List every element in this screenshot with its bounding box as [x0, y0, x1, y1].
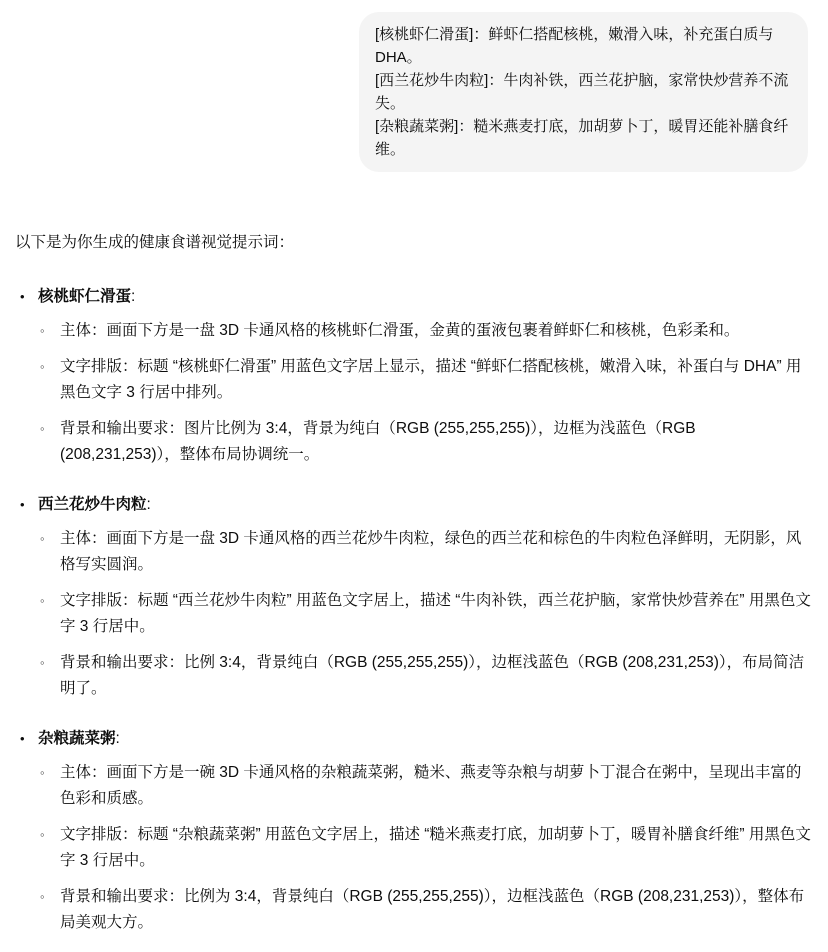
- recipe-title-colon: :: [147, 496, 151, 513]
- recipe-item: • 核桃虾仁滑蛋: ◦ 主体：画面下方是一盘 3D 卡通风格的核桃虾仁滑蛋，金黄…: [15, 284, 814, 468]
- recipe-title: 核桃虾仁滑蛋: [38, 288, 131, 305]
- detail-text: 文字排版：标题 “杂粮蔬菜粥” 用蓝色文字居上，描述 “糙米燕麦打底，加胡萝卜丁…: [60, 822, 814, 874]
- recipe-title-colon: :: [116, 730, 120, 747]
- recipe-detail-list: ◦ 主体：画面下方是一盘 3D 卡通风格的核桃虾仁滑蛋，金黄的蛋液包裹着鲜虾仁和…: [38, 318, 814, 468]
- recipe-list: • 核桃虾仁滑蛋: ◦ 主体：画面下方是一盘 3D 卡通风格的核桃虾仁滑蛋，金黄…: [15, 284, 814, 936]
- circle-bullet-icon: ◦: [40, 416, 60, 468]
- detail-item: ◦ 背景和输出要求：比例为 3:4，背景纯白（RGB (255,255,255)…: [38, 884, 814, 936]
- recipe-title-colon: :: [131, 288, 135, 305]
- detail-item: ◦ 主体：画面下方是一盘 3D 卡通风格的核桃虾仁滑蛋，金黄的蛋液包裹着鲜虾仁和…: [38, 318, 814, 344]
- detail-text: 背景和输出要求：比例为 3:4，背景纯白（RGB (255,255,255)），…: [60, 884, 814, 936]
- detail-text: 主体：画面下方是一碗 3D 卡通风格的杂粮蔬菜粥，糙米、燕麦等杂粮与胡萝卜丁混合…: [60, 760, 814, 812]
- recipe-title: 杂粮蔬菜粥: [38, 730, 116, 747]
- detail-text: 主体：画面下方是一盘 3D 卡通风格的西兰花炒牛肉粒，绿色的西兰花和棕色的牛肉粒…: [60, 526, 814, 578]
- recipe-item: • 杂粮蔬菜粥: ◦ 主体：画面下方是一碗 3D 卡通风格的杂粮蔬菜粥，糙米、燕…: [15, 726, 814, 936]
- user-bubble: [核桃虾仁滑蛋]：鲜虾仁搭配核桃，嫩滑入味，补充蛋白质与 DHA。 [西兰花炒牛…: [359, 12, 808, 172]
- disc-bullet-icon: •: [20, 284, 38, 468]
- detail-item: ◦ 背景和输出要求：比例 3:4，背景纯白（RGB (255,255,255)）…: [38, 650, 814, 702]
- circle-bullet-icon: ◦: [40, 884, 60, 936]
- recipe-item: • 西兰花炒牛肉粒: ◦ 主体：画面下方是一盘 3D 卡通风格的西兰花炒牛肉粒，…: [15, 492, 814, 702]
- detail-text: 背景和输出要求：图片比例为 3:4，背景为纯白（RGB (255,255,255…: [60, 416, 814, 468]
- recipe-body: 西兰花炒牛肉粒: ◦ 主体：画面下方是一盘 3D 卡通风格的西兰花炒牛肉粒，绿色…: [38, 492, 814, 702]
- user-message-row: [核桃虾仁滑蛋]：鲜虾仁搭配核桃，嫩滑入味，补充蛋白质与 DHA。 [西兰花炒牛…: [0, 12, 828, 172]
- recipe-body: 杂粮蔬菜粥: ◦ 主体：画面下方是一碗 3D 卡通风格的杂粮蔬菜粥，糙米、燕麦等…: [38, 726, 814, 936]
- circle-bullet-icon: ◦: [40, 760, 60, 812]
- detail-item: ◦ 文字排版：标题 “西兰花炒牛肉粒” 用蓝色文字居上，描述 “牛肉补铁，西兰花…: [38, 588, 814, 640]
- user-message-text: [核桃虾仁滑蛋]：鲜虾仁搭配核桃，嫩滑入味，补充蛋白质与 DHA。 [西兰花炒牛…: [375, 23, 792, 161]
- detail-item: ◦ 文字排版：标题 “杂粮蔬菜粥” 用蓝色文字居上，描述 “糙米燕麦打底，加胡萝…: [38, 822, 814, 874]
- recipe-detail-list: ◦ 主体：画面下方是一碗 3D 卡通风格的杂粮蔬菜粥，糙米、燕麦等杂粮与胡萝卜丁…: [38, 760, 814, 936]
- assistant-message: 以下是为你生成的健康食谱视觉提示词： • 核桃虾仁滑蛋: ◦ 主体：画面下方是一…: [0, 230, 828, 936]
- recipe-detail-list: ◦ 主体：画面下方是一盘 3D 卡通风格的西兰花炒牛肉粒，绿色的西兰花和棕色的牛…: [38, 526, 814, 702]
- detail-item: ◦ 文字排版：标题 “核桃虾仁滑蛋” 用蓝色文字居上显示，描述 “鲜虾仁搭配核桃…: [38, 354, 814, 406]
- detail-text: 文字排版：标题 “西兰花炒牛肉粒” 用蓝色文字居上，描述 “牛肉补铁，西兰花护脑…: [60, 588, 814, 640]
- disc-bullet-icon: •: [20, 492, 38, 702]
- circle-bullet-icon: ◦: [40, 650, 60, 702]
- detail-text: 背景和输出要求：比例 3:4，背景纯白（RGB (255,255,255)），边…: [60, 650, 814, 702]
- disc-bullet-icon: •: [20, 726, 38, 936]
- circle-bullet-icon: ◦: [40, 588, 60, 640]
- assistant-intro: 以下是为你生成的健康食谱视觉提示词：: [15, 230, 814, 256]
- detail-item: ◦ 主体：画面下方是一碗 3D 卡通风格的杂粮蔬菜粥，糙米、燕麦等杂粮与胡萝卜丁…: [38, 760, 814, 812]
- circle-bullet-icon: ◦: [40, 354, 60, 406]
- recipe-body: 核桃虾仁滑蛋: ◦ 主体：画面下方是一盘 3D 卡通风格的核桃虾仁滑蛋，金黄的蛋…: [38, 284, 814, 468]
- detail-text: 文字排版：标题 “核桃虾仁滑蛋” 用蓝色文字居上显示，描述 “鲜虾仁搭配核桃，嫩…: [60, 354, 814, 406]
- recipe-title-row: 核桃虾仁滑蛋:: [38, 284, 814, 310]
- circle-bullet-icon: ◦: [40, 318, 60, 344]
- detail-item: ◦ 背景和输出要求：图片比例为 3:4，背景为纯白（RGB (255,255,2…: [38, 416, 814, 468]
- circle-bullet-icon: ◦: [40, 526, 60, 578]
- recipe-title: 西兰花炒牛肉粒: [38, 496, 147, 513]
- circle-bullet-icon: ◦: [40, 822, 60, 874]
- recipe-title-row: 杂粮蔬菜粥:: [38, 726, 814, 752]
- detail-item: ◦ 主体：画面下方是一盘 3D 卡通风格的西兰花炒牛肉粒，绿色的西兰花和棕色的牛…: [38, 526, 814, 578]
- detail-text: 主体：画面下方是一盘 3D 卡通风格的核桃虾仁滑蛋，金黄的蛋液包裹着鲜虾仁和核桃…: [60, 318, 814, 344]
- recipe-title-row: 西兰花炒牛肉粒:: [38, 492, 814, 518]
- chat-page: [核桃虾仁滑蛋]：鲜虾仁搭配核桃，嫩滑入味，补充蛋白质与 DHA。 [西兰花炒牛…: [0, 0, 828, 952]
